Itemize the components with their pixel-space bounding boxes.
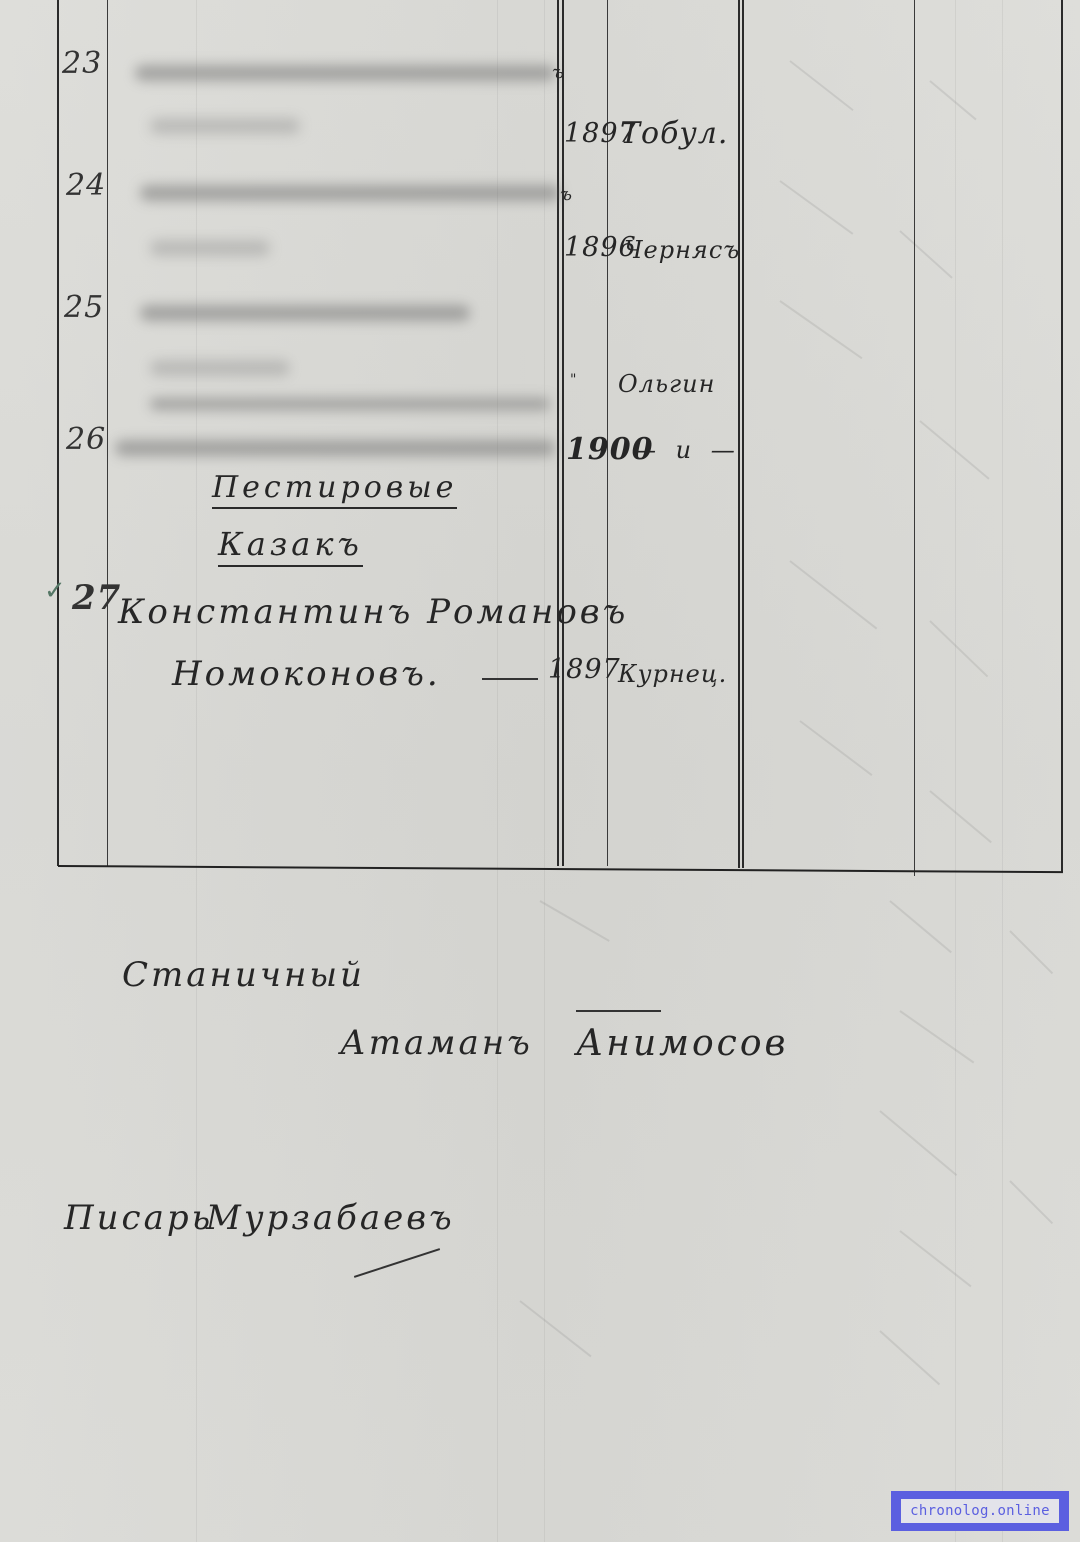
name-suffix: ъ	[552, 62, 565, 83]
row-number: 27	[72, 578, 121, 618]
row-number: 24	[66, 168, 106, 203]
birth-year: 1897	[548, 654, 621, 685]
row-number: 23	[62, 46, 102, 81]
name-column-divider	[557, 0, 559, 866]
watermark-text: chronolog.online	[901, 1499, 1059, 1523]
place-name: Курнец.	[618, 660, 727, 688]
page-guide-line	[544, 0, 545, 1542]
checkmark-icon: ✓	[44, 576, 66, 606]
name-suffix: ъ	[560, 184, 573, 205]
dash-separator	[482, 678, 538, 680]
signature-title-line-1: Станичный	[122, 955, 365, 995]
row-number: 26	[66, 422, 106, 457]
section-heading-cossack: Казакъ	[218, 525, 363, 567]
document-page: 23 ъ 1897 Тобул. 24 ъ 1896 Чернясъ 25 " …	[0, 0, 1080, 1542]
place-name: Чернясъ	[624, 236, 740, 264]
signature-title-line-2: Атаманъ	[340, 1023, 533, 1063]
ditto-mark: "	[570, 372, 577, 388]
person-first-name-patronymic: Константинъ Романовъ	[118, 592, 628, 632]
number-column-divider	[107, 0, 108, 866]
person-surname: Номоконовъ.	[172, 654, 441, 694]
place-column-divider-double	[742, 0, 744, 868]
clerk-signature: Мурзабаевъ	[206, 1198, 455, 1238]
page-guide-line	[196, 0, 197, 1542]
place-name: Тобул.	[620, 116, 728, 151]
page-guide-line	[1002, 0, 1003, 1542]
table-right-border	[1061, 0, 1063, 872]
signature-flourish	[576, 1010, 661, 1012]
section-heading-rank: Пестировые	[212, 470, 457, 509]
watermark-badge: chronolog.online	[891, 1491, 1069, 1531]
clerk-label: Писарь	[64, 1198, 213, 1238]
place-name: — и —	[632, 436, 741, 464]
ataman-signature: Анимосов	[576, 1023, 788, 1064]
row-number: 25	[64, 290, 104, 325]
table-left-border	[57, 0, 59, 866]
signature-flourish	[354, 1248, 440, 1278]
page-guide-line	[497, 0, 498, 1542]
extra-column-divider	[914, 0, 915, 876]
table-bottom-border	[58, 865, 1063, 873]
place-column-divider	[738, 0, 740, 868]
page-guide-line	[955, 0, 956, 1542]
place-name: Ольгин	[618, 370, 715, 398]
